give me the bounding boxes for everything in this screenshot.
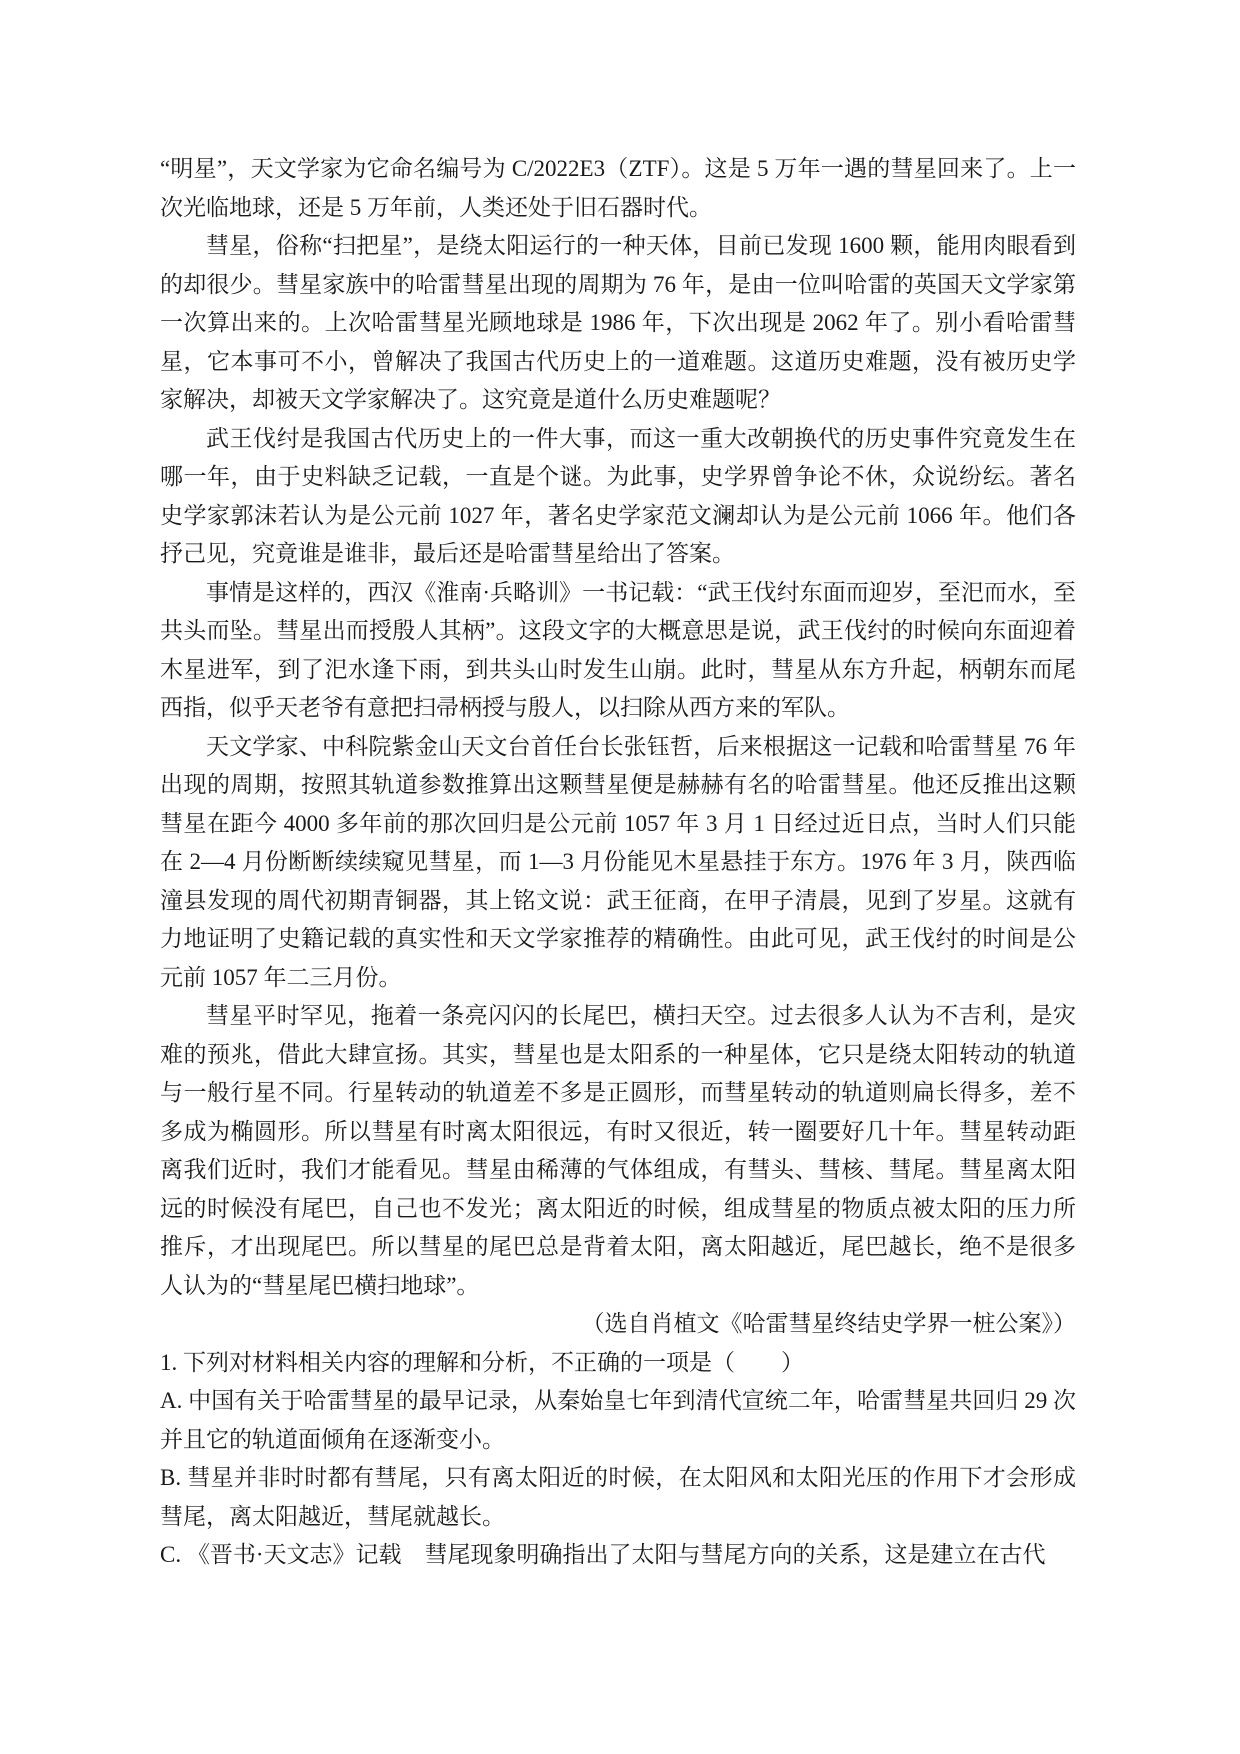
paragraph-comet-overview: 彗星，俗称“扫把星”，是绕太阳运行的一种天体，目前已发现 1600 颗，能用肉眼… <box>160 227 1076 420</box>
option-a-text: 中国有关于哈雷彗星的最早记录，从秦始皇七年到清代宣统二年，哈雷彗星共回归 29 … <box>160 1388 1076 1452</box>
paragraph-wuwang-mystery: 武王伐纣是我国古代历史上的一件大事，而这一重大改朝换代的历史事件究竟发生在哪一年… <box>160 420 1076 574</box>
option-b: B.彗星并非时时都有彗尾，只有离太阳近的时候，在太阳风和太阳光压的作用下才会形成… <box>160 1459 1076 1536</box>
option-b-text: 彗星并非时时都有彗尾，只有离太阳近的时候，在太阳风和太阳光压的作用下才会形成彗尾… <box>160 1465 1076 1529</box>
document-page: “明星”，天文学家为它命名编号为 C/2022E3（ZTF）。这是 5 万年一遇… <box>160 150 1076 1575</box>
paragraph-intro: “明星”，天文学家为它命名编号为 C/2022E3（ZTF）。这是 5 万年一遇… <box>160 150 1076 227</box>
paragraph-zhangyuzhe-deduction: 天文学家、中科院紫金山天文台首任台长张钰哲，后来根据这一记载和哈雷彗星 76 年… <box>160 728 1076 998</box>
paragraph-comet-tail: 彗星平时罕见，拖着一条亮闪闪的长尾巴，横扫天空。过去很多人认为不吉利，是灾难的预… <box>160 997 1076 1305</box>
option-b-label: B. <box>160 1465 181 1490</box>
option-c-text: 《晋书·天文志》记载 彗尾现象明确指出了太阳与彗尾方向的关系，这是建立在古代 <box>187 1542 1046 1567</box>
source-attribution: （选自肖植文《哈雷彗星终结史学界一桩公案》） <box>160 1305 1076 1344</box>
option-a: A.中国有关于哈雷彗星的最早记录，从秦始皇七年到清代宣统二年，哈雷彗星共回归 2… <box>160 1382 1076 1459</box>
paragraph-huainan-record: 事情是这样的，西汉《淮南·兵略训》一书记载：“武王伐纣东面而迎岁，至汜而水，至共… <box>160 574 1076 728</box>
question-stem: 1. 下列对材料相关内容的理解和分析，不正确的一项是（ ） <box>160 1344 1076 1383</box>
option-c-label: C. <box>160 1542 181 1567</box>
option-a-label: A. <box>160 1388 182 1413</box>
option-c: C.《晋书·天文志》记载 彗尾现象明确指出了太阳与彗尾方向的关系，这是建立在古代 <box>160 1536 1076 1575</box>
